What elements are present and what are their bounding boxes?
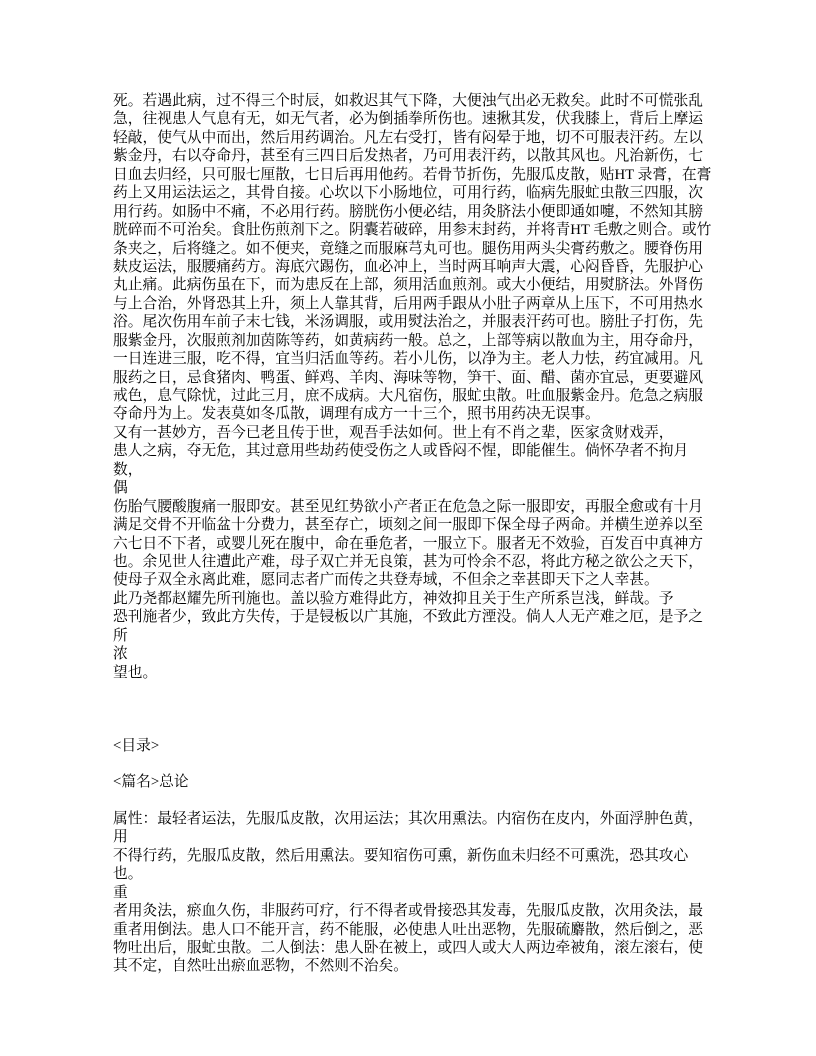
main-paragraph: 死。若遇此病，过不得三个时辰，如救迟其气下降，大便浊气出必无救矣。此时不可慌张乱…	[113, 92, 713, 682]
section-paragraph: 属性：最轻者运法，先服瓜皮散，次用运法；其次用熏法。内宿伤在皮内，外面浮肿色黄，…	[113, 810, 713, 976]
toc-marker: <目录>	[113, 737, 713, 755]
document-page: 死。若遇此病，过不得三个时辰，如救迟其气下降，大便浊气出必无救矣。此时不可慌张乱…	[113, 92, 713, 976]
chapter-title-marker: <篇名>总论	[113, 773, 713, 791]
